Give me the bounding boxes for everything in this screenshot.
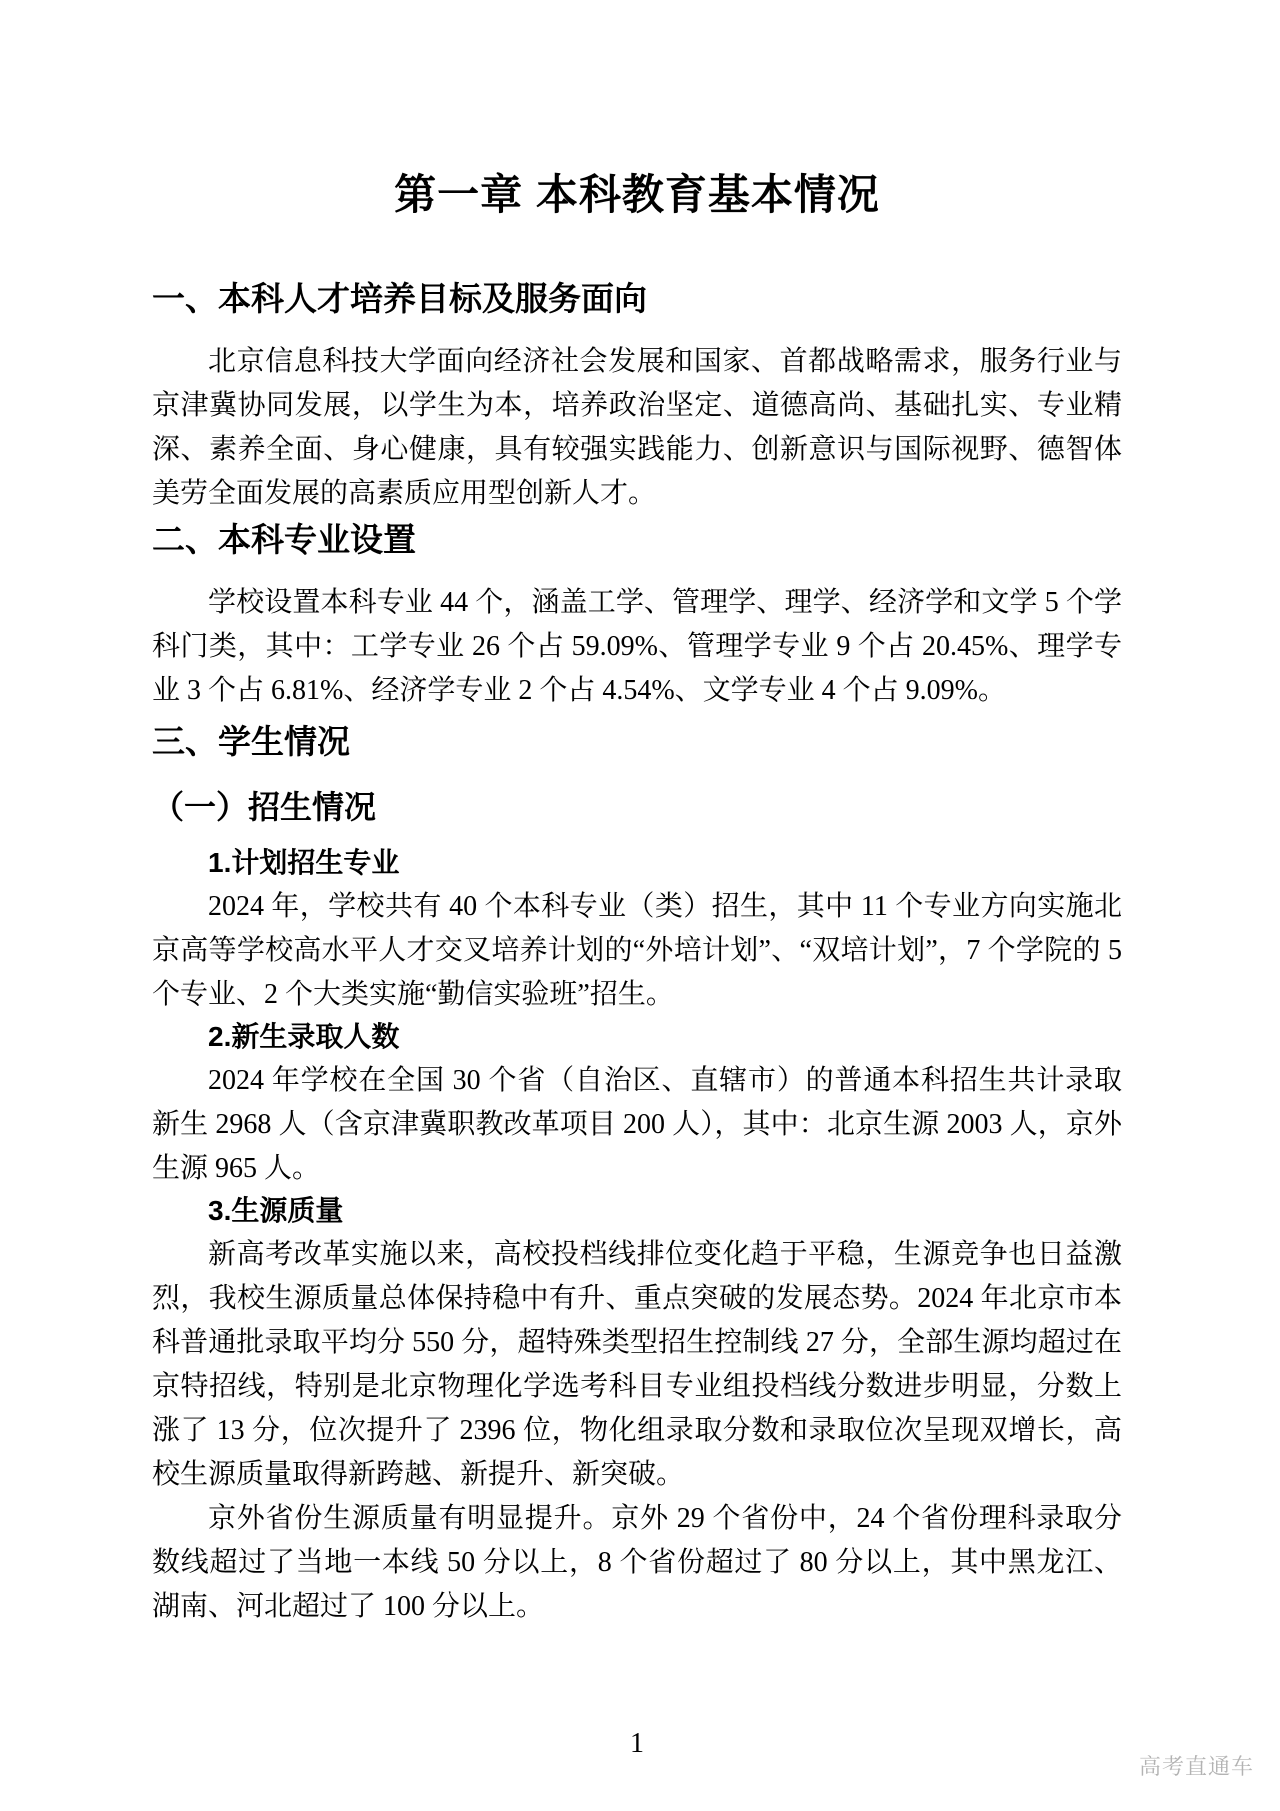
item-heading-planned-majors: 1.计划招生专业 (152, 841, 1122, 885)
section-heading-students: 三、学生情况 (152, 718, 1122, 766)
chapter-title: 第一章 本科教育基本情况 (152, 164, 1122, 226)
paragraph-source-quality-beijing: 新高考改革实施以来，高校投档线排位变化趋于平稳，生源竞争也日益激烈，我校生源质量… (152, 1233, 1122, 1497)
paragraph-talent-goals: 北京信息科技大学面向经济社会发展和国家、首都战略需求，服务行业与京津冀协同发展，… (152, 340, 1122, 516)
page-content: 第一章 本科教育基本情况 一、本科人才培养目标及服务面向 北京信息科技大学面向经… (0, 164, 1280, 1759)
document-page: 第一章 本科教育基本情况 一、本科人才培养目标及服务面向 北京信息科技大学面向经… (0, 0, 1280, 1811)
paragraph-planned-majors: 2024 年，学校共有 40 个本科专业（类）招生，其中 11 个专业方向实施北… (152, 885, 1122, 1017)
paragraph-new-students: 2024 年学校在全国 30 个省（自治区、直辖市）的普通本科招生共计录取新生 … (152, 1059, 1122, 1191)
item-heading-source-quality: 3.生源质量 (152, 1189, 1122, 1233)
subsection-heading-enrollment: （一）招生情况 (152, 783, 1122, 831)
paragraph-major-setup: 学校设置本科专业 44 个，涵盖工学、管理学、理学、经济学和文学 5 个学科门类… (152, 581, 1122, 713)
item-heading-new-students: 2.新生录取人数 (152, 1015, 1122, 1059)
section-heading-talent-goals: 一、本科人才培养目标及服务面向 (152, 275, 1122, 323)
paragraph-source-quality-provinces: 京外省份生源质量有明显提升。京外 29 个省份中，24 个省份理科录取分数线超过… (152, 1497, 1122, 1629)
page-number: 1 (152, 1729, 1122, 1759)
watermark-label: 高考直通车 (1139, 1755, 1254, 1779)
section-heading-major-setup: 二、本科专业设置 (152, 516, 1122, 564)
